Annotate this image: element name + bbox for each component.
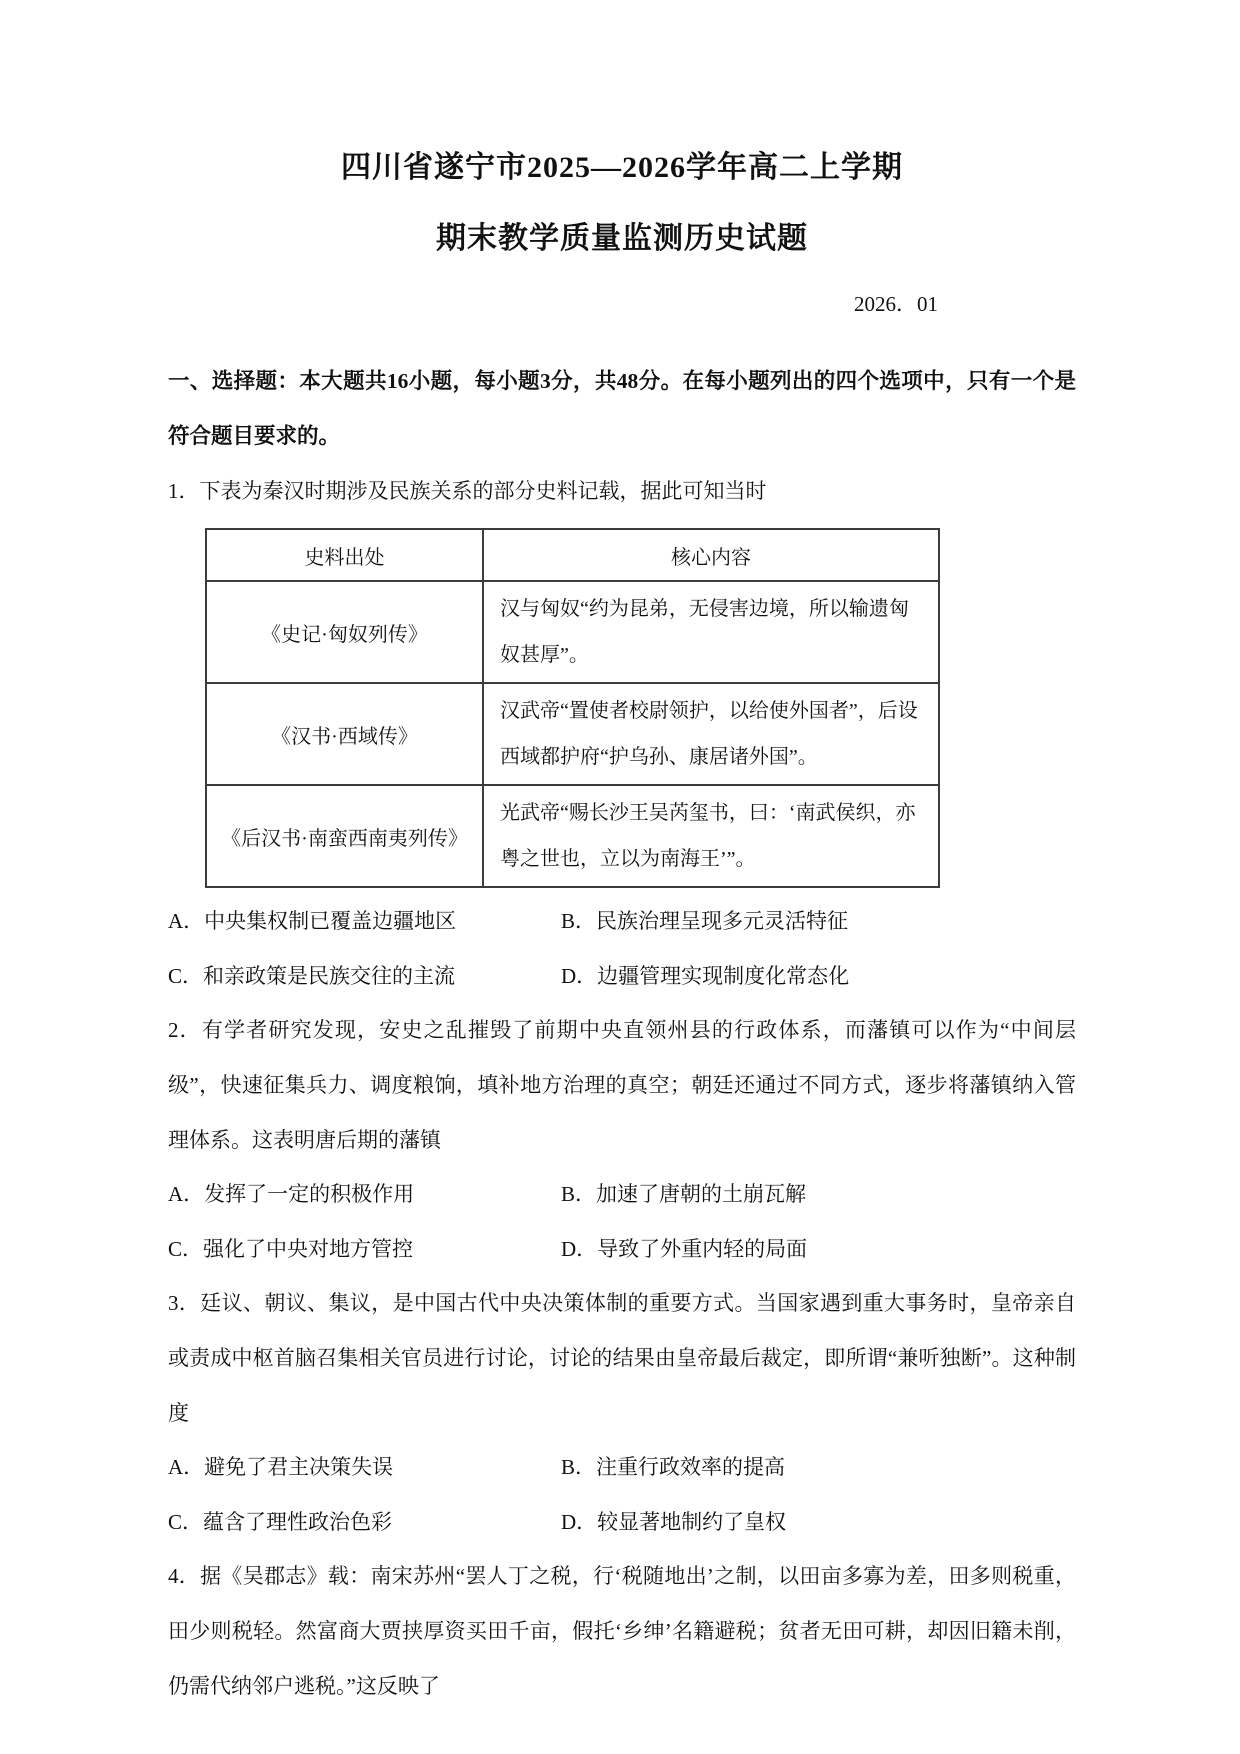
question-text: 有学者研究发现，安史之乱摧毁了前期中央直领州县的行政体系，而藩镇可以作为“中间层…: [168, 1018, 1076, 1151]
question-4-stem: 4．据《吴郡志》载：南宋苏州“罢人丁之税，行‘税随地出’之制，以田亩多寡为差，田…: [168, 1549, 1076, 1713]
table-row: 《史记·匈奴列传》 汉与匈奴“约为昆弟，无侵害边境，所以输遗匈奴甚厚”。: [206, 581, 939, 683]
options-row: C．蕴含了理性政治色彩 D．较显著地制约了皇权: [168, 1495, 1076, 1550]
option-A: A．中央集权制已覆盖边疆地区: [168, 894, 561, 949]
options-row: C．和亲政策是民族交往的主流 D．边疆管理实现制度化常态化: [168, 949, 1076, 1004]
question-3: 3．廷议、朝议、集议，是中国古代中央决策体制的重要方式。当国家遇到重大事务时，皇…: [168, 1276, 1076, 1549]
question-number: 1．: [168, 479, 200, 503]
question-number: 3．: [168, 1291, 200, 1315]
option-A: A．发挥了一定的积极作用: [168, 1167, 561, 1222]
table-row: 《后汉书·南蛮西南夷列传》 光武帝“赐长沙王吴芮玺书，曰：‘南武侯织，亦粤之世也…: [206, 785, 939, 887]
option-C: C．蕴含了理性政治色彩: [168, 1495, 561, 1550]
question-number: 4．: [168, 1564, 200, 1588]
table-cell-source: 《汉书·西域传》: [206, 683, 483, 785]
exam-document-page: 四川省遂宁市2025—2026学年高二上学期 期末教学质量监测历史试题 2026…: [0, 0, 1240, 1754]
source-table: 史料出处 核心内容 《史记·匈奴列传》 汉与匈奴“约为昆弟，无侵害边境，所以输遗…: [205, 528, 940, 888]
option-D: D．边疆管理实现制度化常态化: [561, 949, 1076, 1004]
question-2-stem: 2．有学者研究发现，安史之乱摧毁了前期中央直领州县的行政体系，而藩镇可以作为“中…: [168, 1003, 1076, 1167]
table-header-row: 史料出处 核心内容: [206, 529, 939, 581]
option-A: A．避免了君主决策失误: [168, 1440, 561, 1495]
page-subtitle: 期末教学质量监测历史试题: [168, 219, 1076, 258]
table-cell-source: 《后汉书·南蛮西南夷列传》: [206, 785, 483, 887]
exam-date: 2026．01: [168, 288, 1076, 318]
options-row: A．避免了君主决策失误 B．注重行政效率的提高: [168, 1440, 1076, 1495]
question-number: 2．: [168, 1018, 202, 1042]
question-2: 2．有学者研究发现，安史之乱摧毁了前期中央直领州县的行政体系，而藩镇可以作为“中…: [168, 1003, 1076, 1276]
options-row: C．强化了中央对地方管控 D．导致了外重内轻的局面: [168, 1222, 1076, 1277]
question-text: 下表为秦汉时期涉及民族关系的部分史料记载，据此可知当时: [200, 479, 767, 503]
option-C: C．和亲政策是民族交往的主流: [168, 949, 561, 1004]
option-B: B．注重行政效率的提高: [561, 1440, 1076, 1495]
table-cell-content: 光武帝“赐长沙王吴芮玺书，曰：‘南武侯织，亦粤之世也，立以为南海王’”。: [483, 785, 939, 887]
section-instructions: 一、选择题：本大题共16小题，每小题3分，共48分。在每小题列出的四个选项中，只…: [168, 354, 1076, 464]
table-cell-source: 《史记·匈奴列传》: [206, 581, 483, 683]
question-4: 4．据《吴郡志》载：南宋苏州“罢人丁之税，行‘税随地出’之制，以田亩多寡为差，田…: [168, 1549, 1076, 1713]
page-title: 四川省遂宁市2025—2026学年高二上学期: [168, 148, 1076, 187]
options-row: A．发挥了一定的积极作用 B．加速了唐朝的土崩瓦解: [168, 1167, 1076, 1222]
option-C: C．强化了中央对地方管控: [168, 1222, 561, 1277]
table-cell-content: 汉与匈奴“约为昆弟，无侵害边境，所以输遗匈奴甚厚”。: [483, 581, 939, 683]
option-D: D．较显著地制约了皇权: [561, 1495, 1076, 1550]
option-B: B．加速了唐朝的土崩瓦解: [561, 1167, 1076, 1222]
options-row: A．中央集权制已覆盖边疆地区 B．民族治理呈现多元灵活特征: [168, 894, 1076, 949]
question-text: 廷议、朝议、集议，是中国古代中央决策体制的重要方式。当国家遇到重大事务时，皇帝亲…: [168, 1291, 1076, 1424]
option-B: B．民族治理呈现多元灵活特征: [561, 894, 1076, 949]
question-1: 1．下表为秦汉时期涉及民族关系的部分史料记载，据此可知当时 史料出处 核心内容 …: [168, 464, 1076, 1004]
option-D: D．导致了外重内轻的局面: [561, 1222, 1076, 1277]
question-text: 据《吴郡志》载：南宋苏州“罢人丁之税，行‘税随地出’之制，以田亩多寡为差，田多则…: [168, 1564, 1076, 1697]
table-cell-content: 汉武帝“置使者校尉领护，以给使外国者”，后设西域都护府“护乌孙、康居诸外国”。: [483, 683, 939, 785]
table-header-content: 核心内容: [483, 529, 939, 581]
question-1-stem: 1．下表为秦汉时期涉及民族关系的部分史料记载，据此可知当时: [168, 464, 1076, 519]
question-3-stem: 3．廷议、朝议、集议，是中国古代中央决策体制的重要方式。当国家遇到重大事务时，皇…: [168, 1276, 1076, 1440]
table-header-source: 史料出处: [206, 529, 483, 581]
table-row: 《汉书·西域传》 汉武帝“置使者校尉领护，以给使外国者”，后设西域都护府“护乌孙…: [206, 683, 939, 785]
